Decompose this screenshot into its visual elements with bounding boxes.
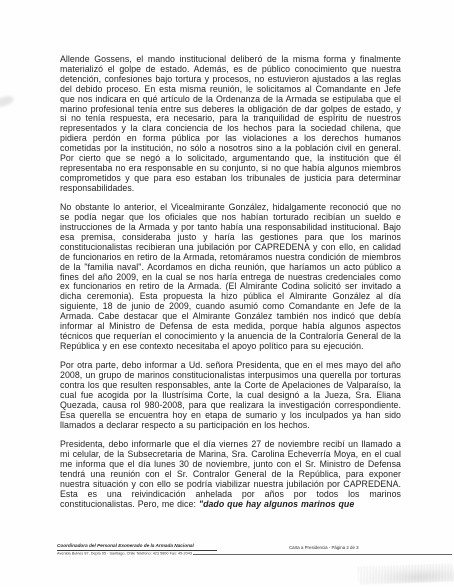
scan-noise-bottom-right bbox=[358, 563, 454, 584]
footer-page-reference: Carta a Presidencia - Página 2 de 3 bbox=[289, 545, 359, 550]
paragraph-4-quoted-fragment: "dado que hay algunos marinos que bbox=[199, 499, 354, 509]
letter-body: Allende Gossens, el mando institucional … bbox=[60, 55, 401, 519]
paragraph-4: Presidenta, debo informarle que el día v… bbox=[60, 440, 401, 509]
footer-horizontal-rule bbox=[193, 554, 452, 555]
scan-smudge-left-edge bbox=[0, 94, 15, 109]
paragraph-1: Allende Gossens, el mando institucional … bbox=[60, 55, 401, 194]
footer-organization-name: Coordinadora del Personal Exonerado de l… bbox=[57, 543, 217, 551]
paragraph-2: No obstante lo anterior, el Vicealmirant… bbox=[60, 203, 401, 352]
scanned-letter-page: Allende Gossens, el mando institucional … bbox=[0, 0, 454, 587]
paragraph-3: Por otra parte, debo informar a Ud. seño… bbox=[60, 361, 401, 430]
